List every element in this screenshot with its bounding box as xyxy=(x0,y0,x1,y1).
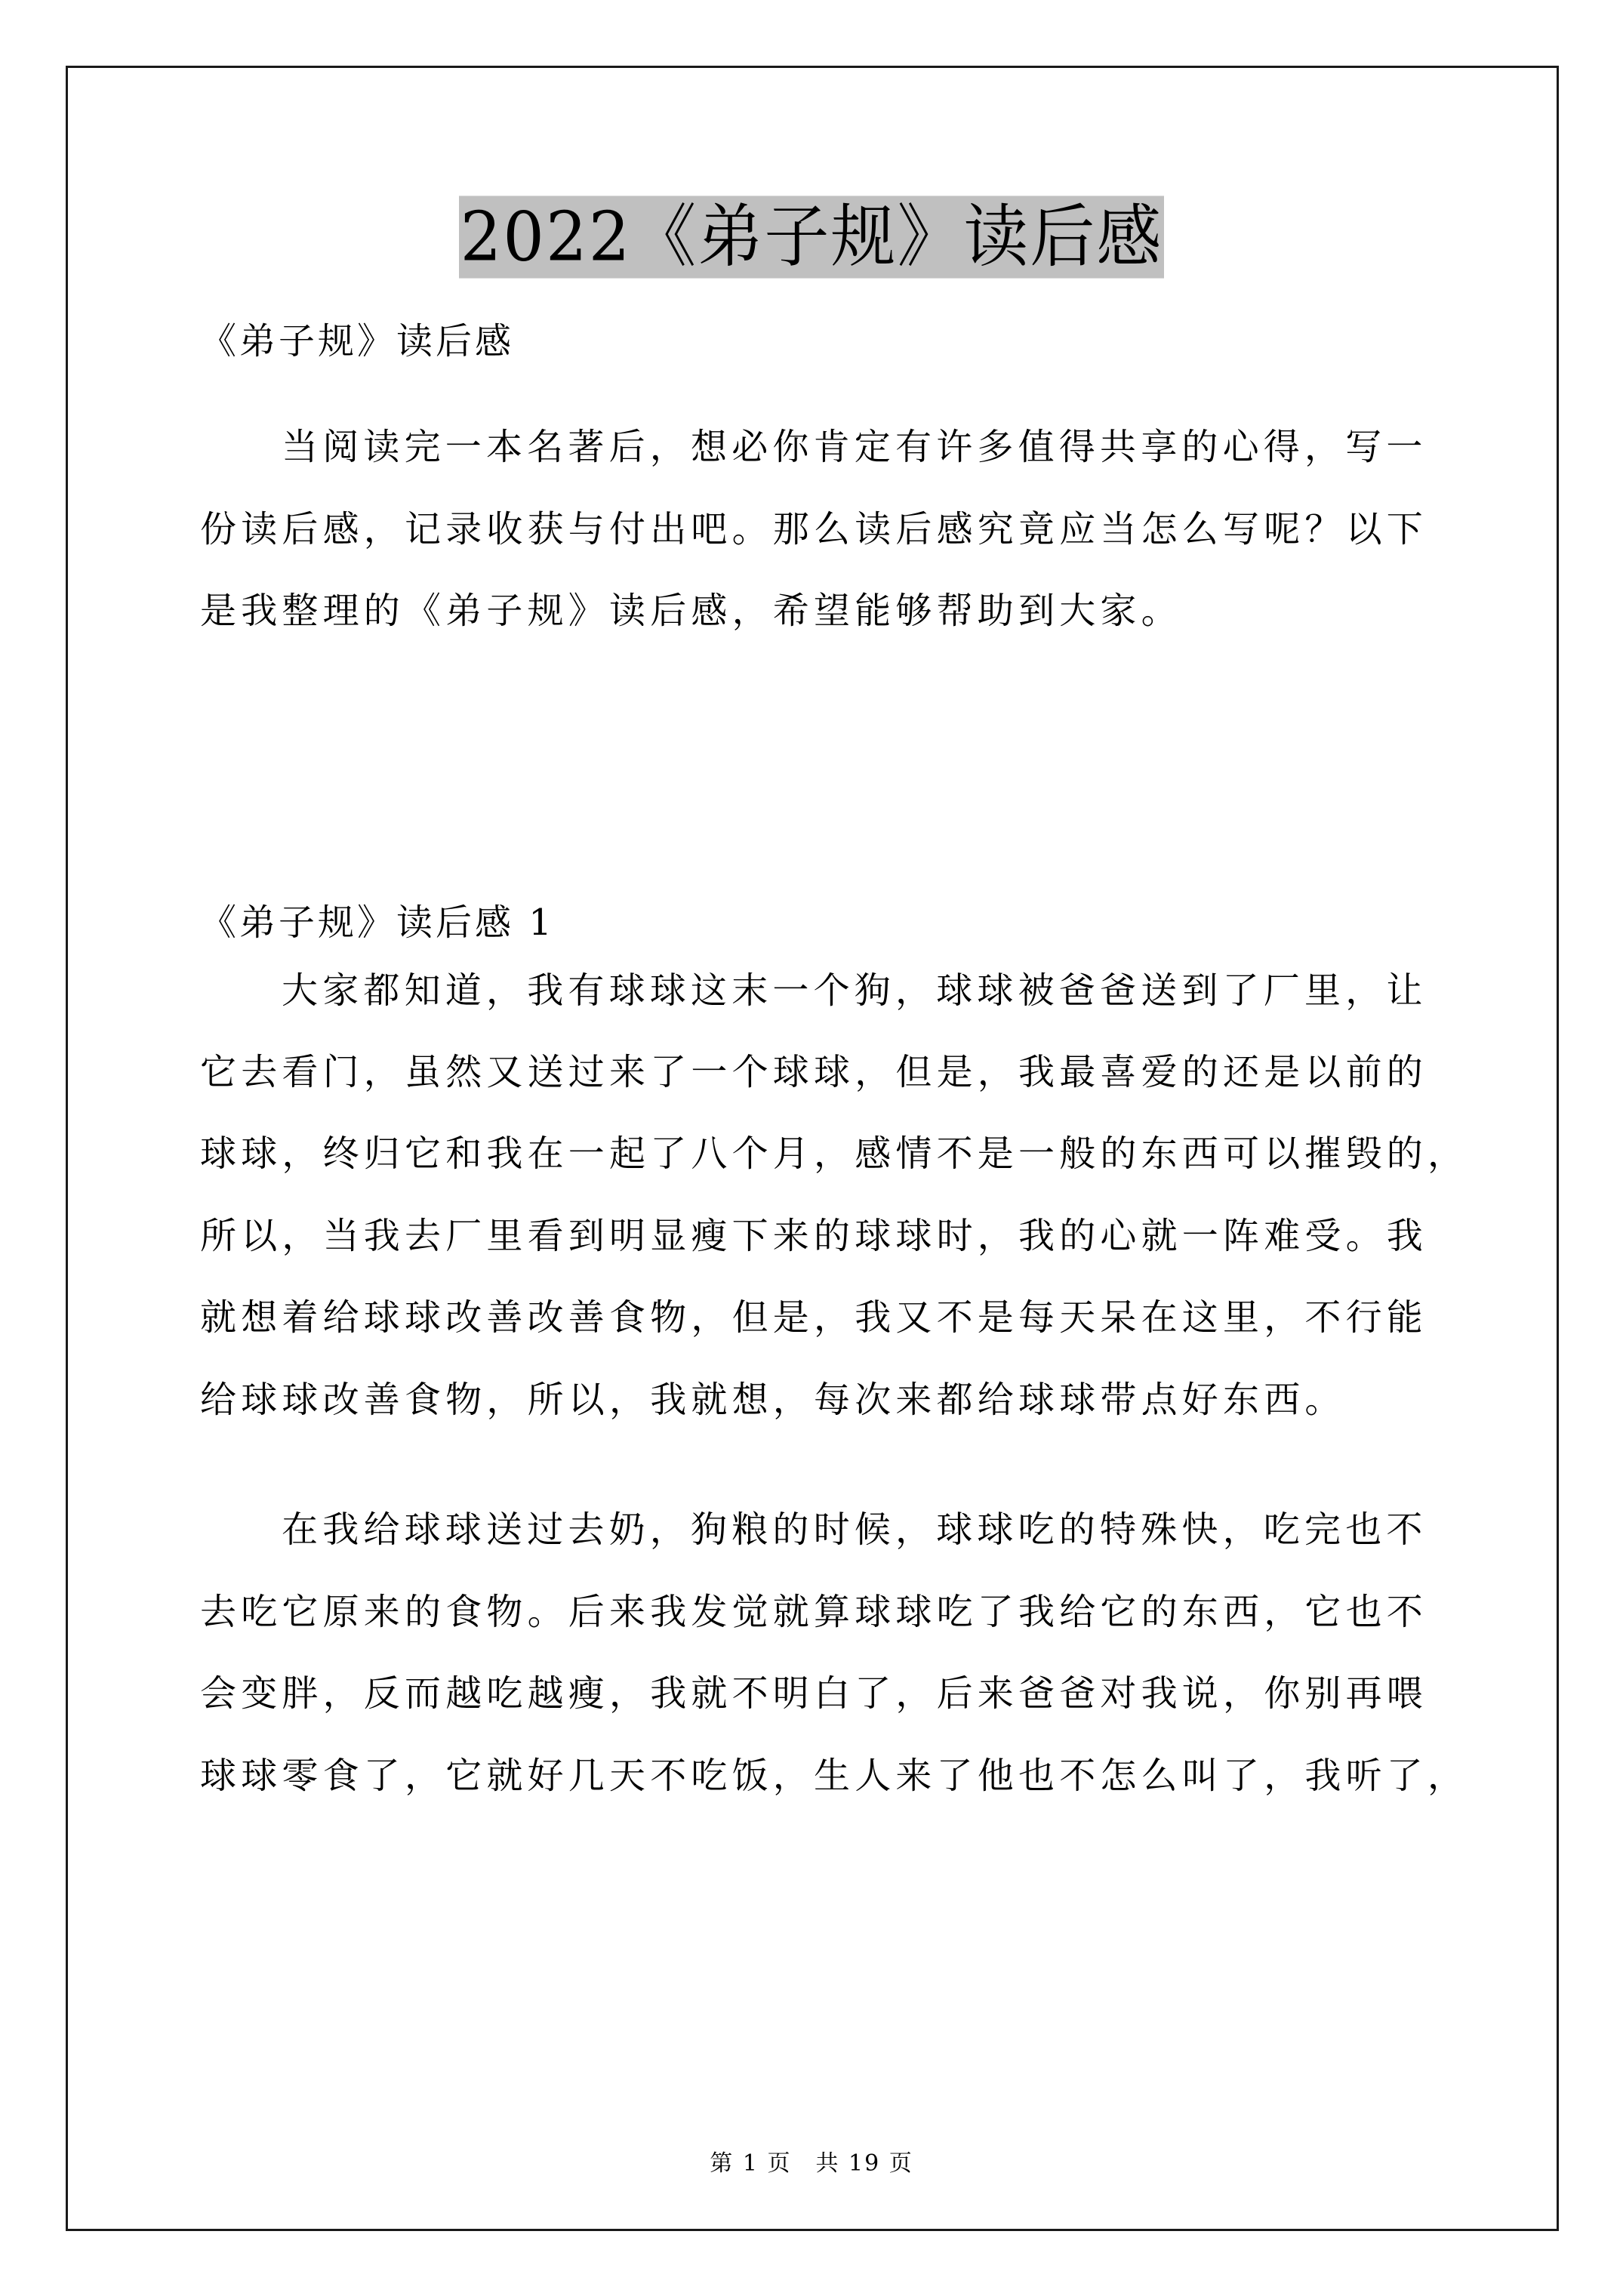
paragraph-line: 会变胖，反而越吃越瘦，我就不明白了，后来爸爸对我说，你别再喂 xyxy=(200,1671,1427,1716)
document-title: 2022《弟子规》读后感 xyxy=(459,196,1165,278)
paragraph-line: 所以，当我去厂里看到明显瘦下来的球球时，我的心就一阵难受。我 xyxy=(200,1213,1427,1259)
paragraph-line: 是我整理的《弟子规》读后感，希望能够帮助到大家。 xyxy=(200,588,1182,633)
section-heading: 《弟子规》读后感 xyxy=(200,319,514,364)
paragraph-line: 当阅读完一本名著后，想必你肯定有许多值得共享的心得，写一 xyxy=(282,424,1427,470)
paragraph-line: 就想着给球球改善改善食物，但是，我又不是每天呆在这里，不行能 xyxy=(200,1295,1427,1340)
paragraph-line: 它去看门，虽然又送过来了一个球球，但是，我最喜爱的还是以前的 xyxy=(200,1049,1427,1095)
paragraph-line: 球球零食了，它就好几天不吃饭，生人来了他也不怎么叫了，我听了， xyxy=(200,1753,1468,1798)
paragraph-line: 给球球改善食物，所以，我就想，每次来都给球球带点好东西。 xyxy=(200,1377,1346,1422)
paragraph-line: 球球，终归它和我在一起了八个月，感情不是一般的东西可以摧毁的， xyxy=(200,1131,1468,1176)
paragraph-line: 份读后感，记录收获与付出吧。那么读后感究竟应当怎么写呢？以下 xyxy=(200,507,1427,552)
paragraph-line: 在我给球球送过去奶，狗粮的时候，球球吃的特殊快，吃完也不 xyxy=(282,1507,1427,1552)
page-footer: 第 1 页 共 19 页 xyxy=(0,2149,1623,2179)
title-container: 2022《弟子规》读后感 xyxy=(0,198,1623,276)
section-heading: 《弟子规》读后感 1 xyxy=(200,900,555,945)
paragraph-line: 去吃它原来的食物。后来我发觉就算球球吃了我给它的东西，它也不 xyxy=(200,1589,1427,1635)
paragraph-line: 大家都知道，我有球球这末一个狗，球球被爸爸送到了厂里，让 xyxy=(282,968,1427,1013)
